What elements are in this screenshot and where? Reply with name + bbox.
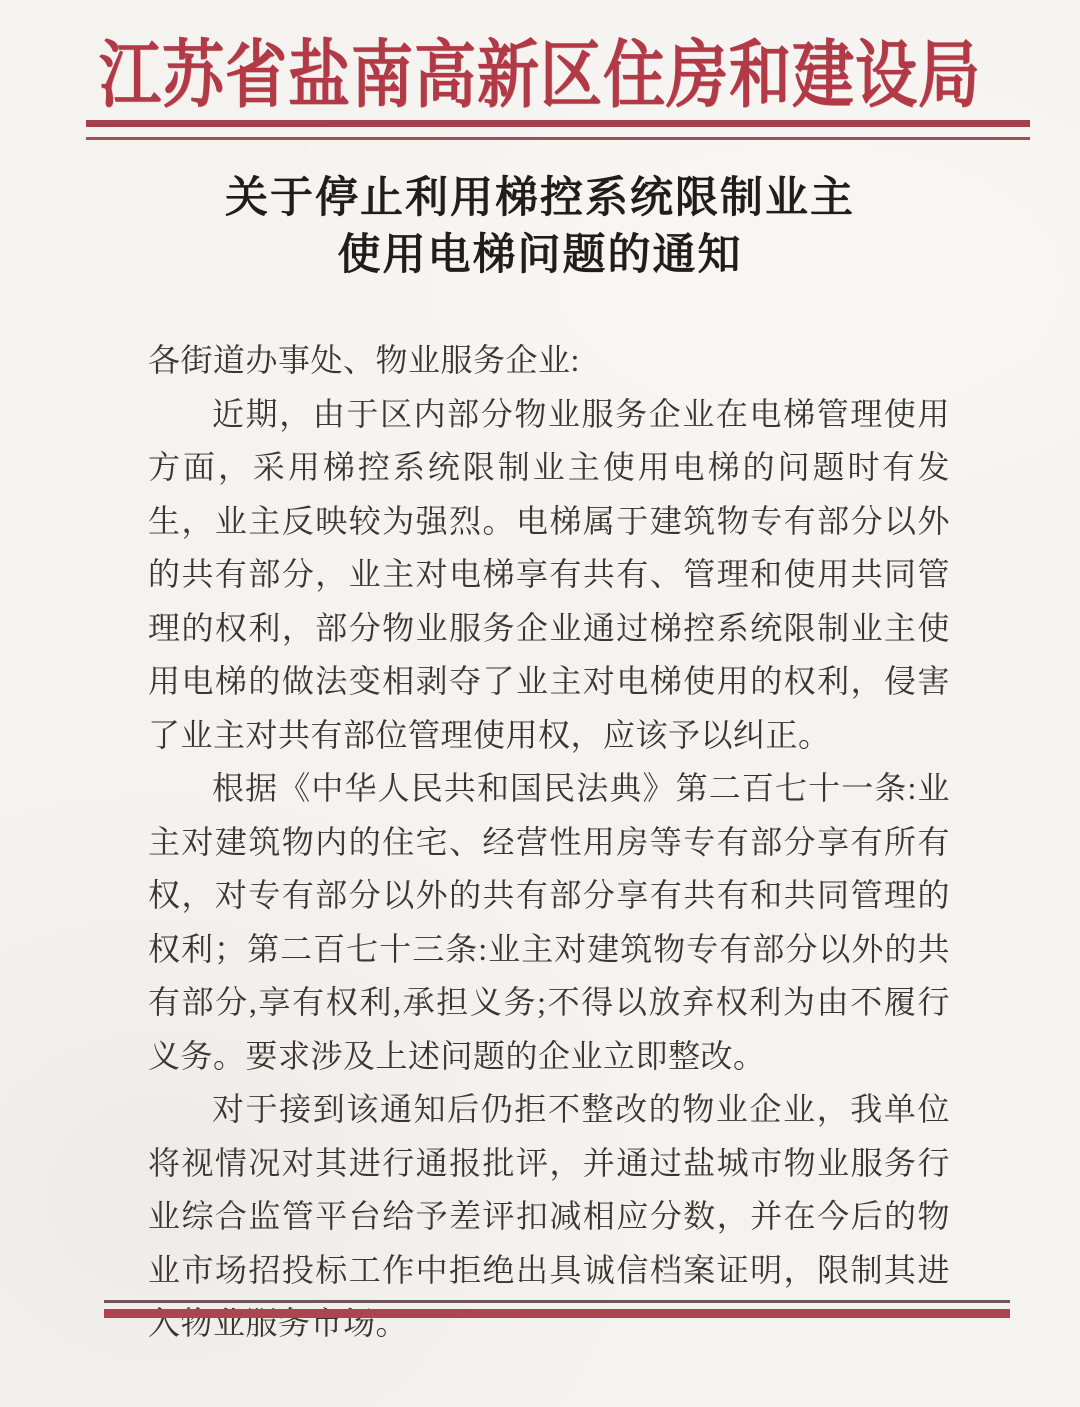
paragraph-1: 近期，由于区内部分物业服务企业在电梯管理使用方面，采用梯控系统限制业主使用电梯的… <box>148 388 950 763</box>
header-rule-thin <box>86 137 1030 140</box>
header-rule-thick <box>86 120 1030 127</box>
notice-title-line2: 使用电梯问题的通知 <box>0 227 1080 284</box>
document-page: 江苏省盐南高新区住房和建设局 关于停止利用梯控系统限制业主 使用电梯问题的通知 … <box>0 0 1080 1407</box>
salutation: 各街道办事处、物业服务企业: <box>148 334 950 388</box>
footer-rule-thin <box>104 1300 1010 1303</box>
notice-title: 关于停止利用梯控系统限制业主 使用电梯问题的通知 <box>0 170 1080 284</box>
paragraph-2: 根据《中华人民共和国民法典》第二百七十一条:业主对建筑物内的住宅、经营性用房等专… <box>148 762 950 1083</box>
notice-title-line1: 关于停止利用梯控系统限制业主 <box>0 170 1080 227</box>
footer-rule-thick <box>104 1309 1010 1318</box>
notice-body: 各街道办事处、物业服务企业: 近期，由于区内部分物业服务企业在电梯管理使用方面，… <box>148 334 950 1351</box>
agency-masthead: 江苏省盐南高新区住房和建设局 <box>0 16 1080 121</box>
